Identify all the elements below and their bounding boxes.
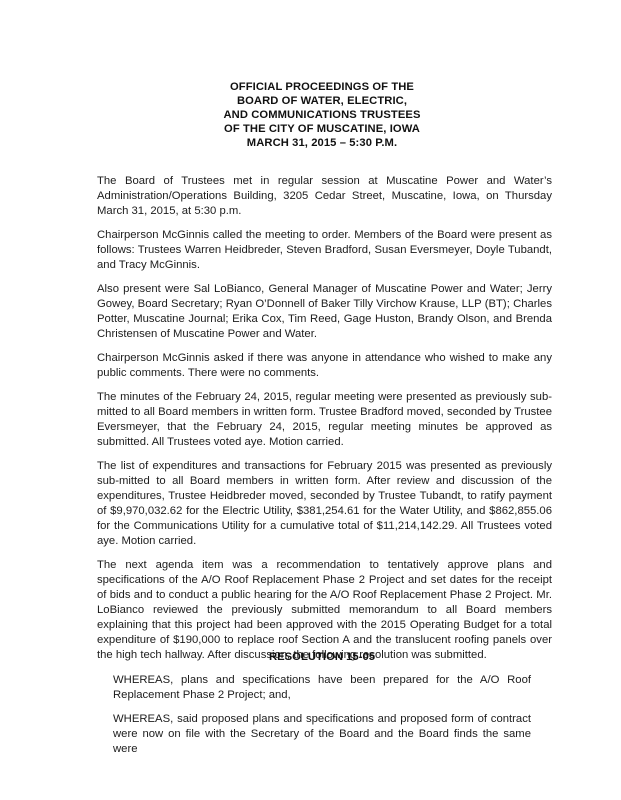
title-line: AND COMMUNICATIONS TRUSTEES bbox=[160, 108, 484, 122]
minutes-body: The Board of Trustees met in regular ses… bbox=[97, 174, 552, 672]
paragraph-expenditures: The list of expenditures and transaction… bbox=[97, 459, 552, 549]
paragraph-public-comments: Chairperson McGinnis asked if there was … bbox=[97, 351, 552, 381]
paragraph-roof-replacement: The next agenda item was a recommendatio… bbox=[97, 558, 552, 663]
resolution-clause: WHEREAS, said proposed plans and specifi… bbox=[113, 712, 531, 757]
paragraph-session-location: The Board of Trustees met in regular ses… bbox=[97, 174, 552, 219]
title-line: OFFICIAL PROCEEDINGS OF THE bbox=[160, 80, 484, 94]
resolution-clause: WHEREAS, plans and specifications have b… bbox=[113, 673, 531, 703]
resolution-body: WHEREAS, plans and specifications have b… bbox=[113, 673, 531, 766]
paragraph-minutes-approval: The minutes of the February 24, 2015, re… bbox=[97, 390, 552, 450]
meeting-date-time: MARCH 31, 2015 – 5:30 P.M. bbox=[160, 136, 484, 150]
resolution-heading: RESOLUTION 15-05 bbox=[160, 650, 484, 665]
paragraph-call-to-order: Chairperson McGinnis called the meeting … bbox=[97, 228, 552, 273]
document-title: OFFICIAL PROCEEDINGS OF THE BOARD OF WAT… bbox=[160, 80, 484, 150]
title-line: BOARD OF WATER, ELECTRIC, bbox=[160, 94, 484, 108]
paragraph-also-present: Also present were Sal LoBianco, General … bbox=[97, 282, 552, 342]
document-page: OFFICIAL PROCEEDINGS OF THE BOARD OF WAT… bbox=[0, 0, 621, 800]
title-line: OF THE CITY OF MUSCATINE, IOWA bbox=[160, 122, 484, 136]
